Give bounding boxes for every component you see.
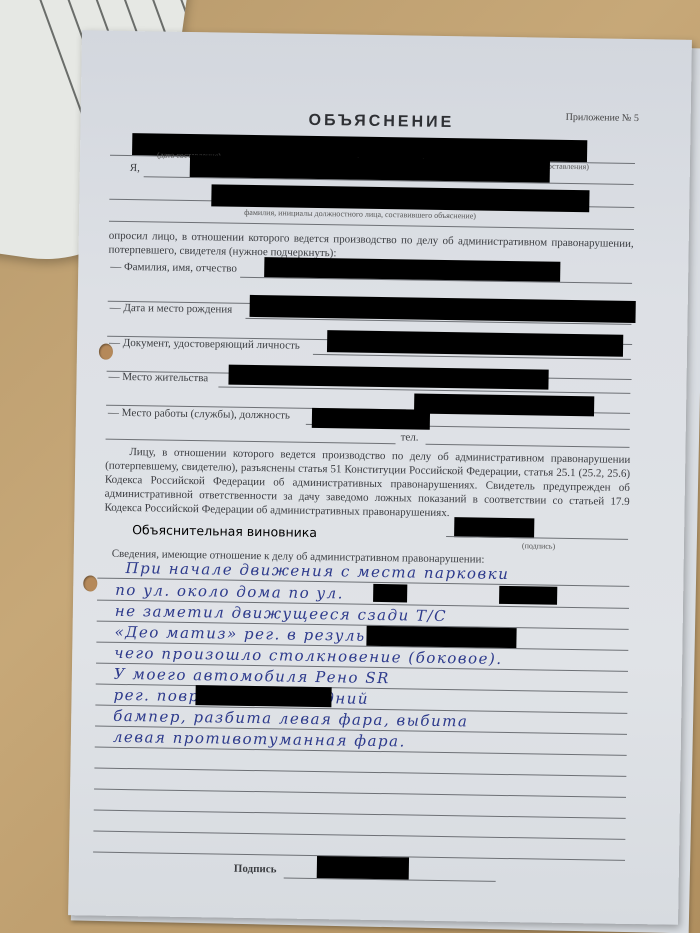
overlay-caption: Объяснительная виновника [132,522,317,540]
field-label-birth: — Дата и место рождения [110,302,233,316]
redaction [373,584,407,603]
i-label: Я, [130,162,140,174]
field-label-document: — Документ, удостоверяющий личность [109,337,300,352]
redaction [312,408,430,430]
signature-label: Подпись [234,863,277,876]
appendix-number: Приложение № 5 [566,112,639,124]
handwritten-line: по ул. около дома по ул. [115,581,344,603]
punch-hole [83,575,97,591]
redaction [366,626,516,648]
caption-signature: (подпись) [522,541,555,551]
field-label-work: — Место работы (службы), должность [108,407,290,422]
redaction [317,856,409,879]
redaction [454,517,534,538]
redaction [499,586,557,605]
redaction [327,330,623,357]
tel-label: тел. [401,431,419,443]
explanation-form: ОБЪЯСНЕНИЕ Приложение № 5 (дата составле… [68,30,692,924]
redaction [414,394,594,417]
rights-text: Лицу, в отношении которого ведется произ… [104,445,630,523]
field-label-residence: — Место жительства [108,371,208,385]
redaction [228,365,548,390]
form-title: ОБЪЯСНЕНИЕ [308,112,454,132]
redaction [195,685,331,707]
field-label-name: — Фамилия, имя, отчество [110,261,237,275]
